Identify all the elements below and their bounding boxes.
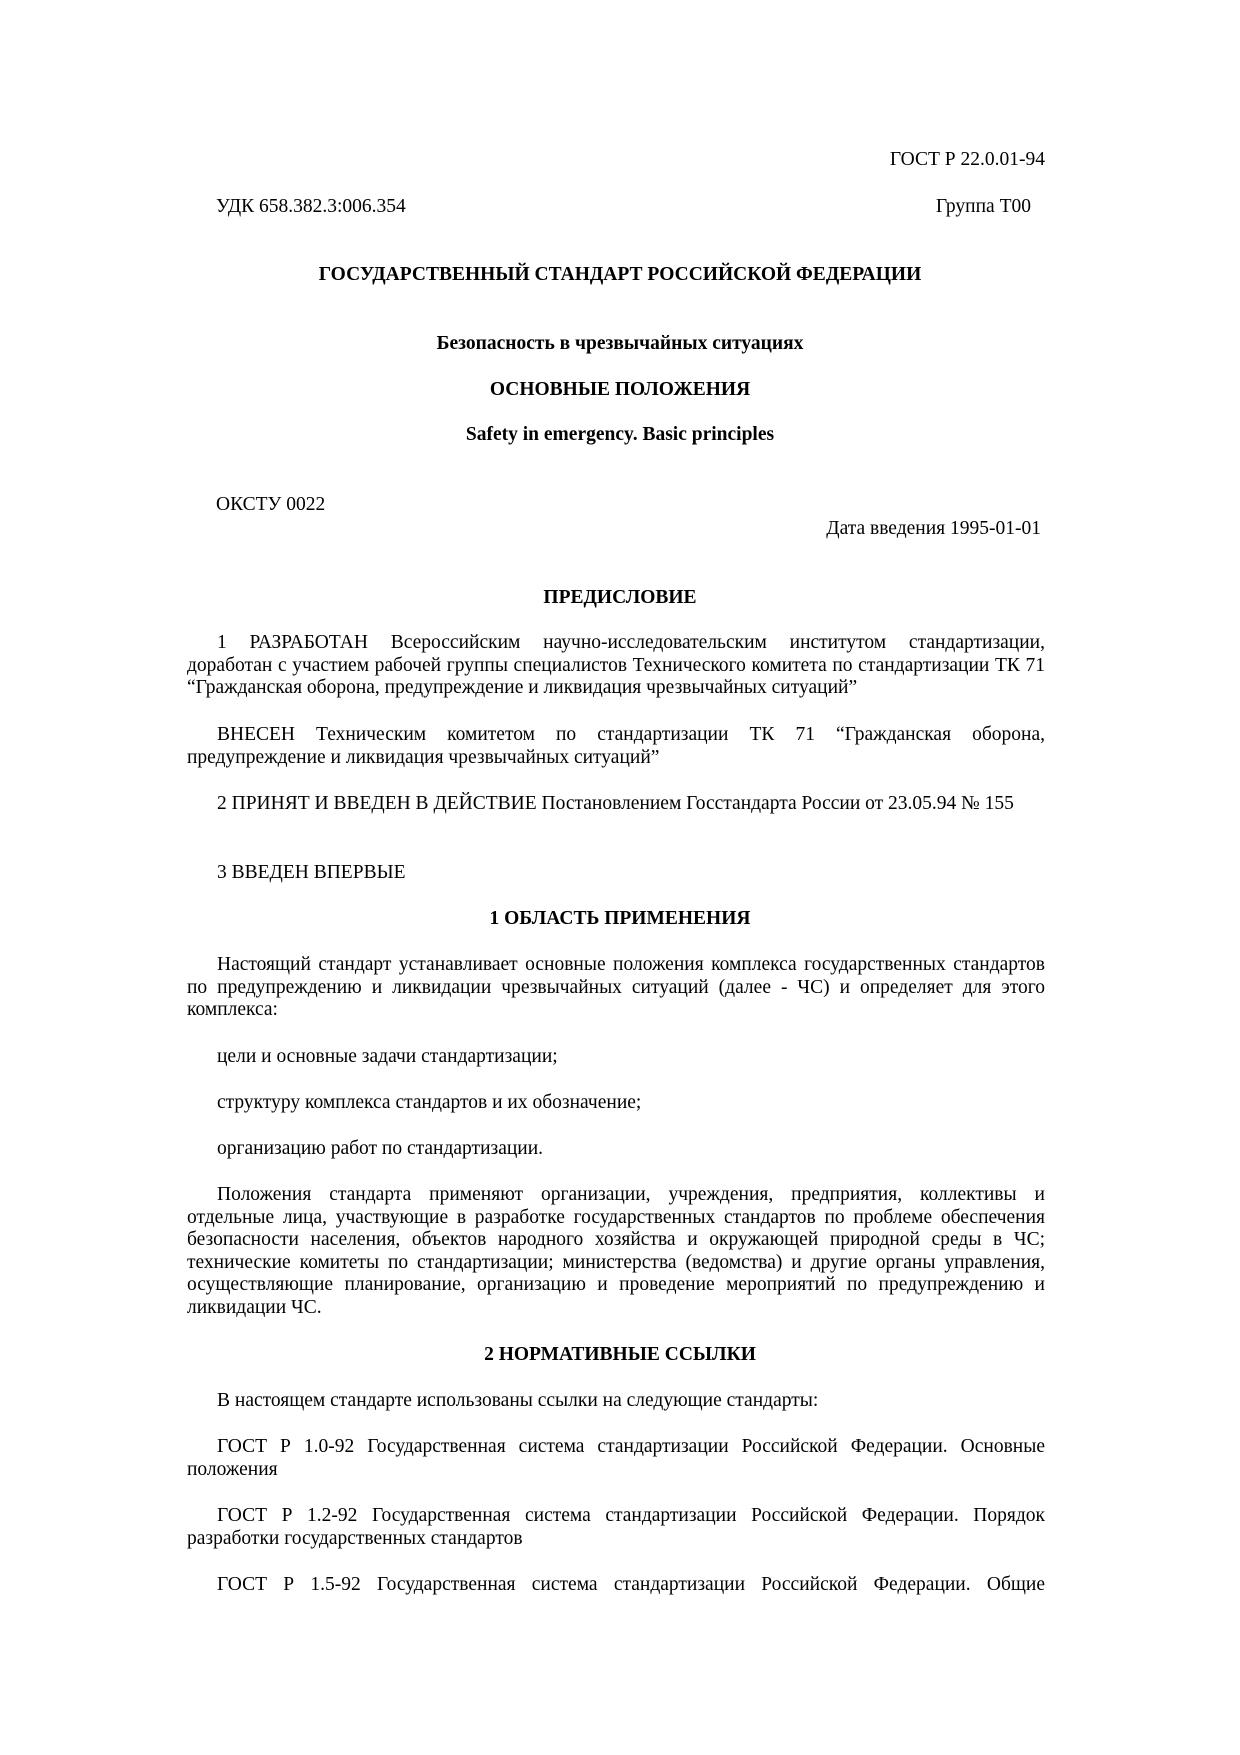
foreword-paragraph: ВНЕСЕН Техническим комитетом по стандарт… (187, 724, 1045, 769)
section-1-paragraph: Настоящий стандарт устанавливает основны… (187, 954, 1045, 1022)
reference-item: ГОСТ Р 1.5-92 Государственная система ст… (187, 1574, 1045, 1597)
document-name-en: Safety in emergency. Basic principles (0, 424, 1240, 447)
section-1-list-item: структуру комплекса стандартов и их обоз… (187, 1092, 1045, 1115)
foreword-heading: ПРЕДИСЛОВИЕ (0, 587, 1240, 610)
subject-title: Безопасность в чрезвычайных ситуациях (0, 333, 1240, 356)
foreword-paragraph: 2 ПРИНЯТ И ВВЕДЕН В ДЕЙСТВИЕ Постановлен… (187, 793, 1045, 816)
section-1-heading: 1 ОБЛАСТЬ ПРИМЕНЕНИЯ (0, 908, 1240, 931)
foreword-paragraph: 1 РАЗРАБОТАН Всероссийским научно-исслед… (187, 632, 1045, 700)
reference-item: ГОСТ Р 1.2-92 Государственная система ст… (187, 1505, 1045, 1550)
reference-item: ГОСТ Р 1.0-92 Государственная система ст… (187, 1436, 1045, 1481)
foreword-paragraph: 3 ВВЕДЕН ВПЕРВЫЕ (187, 862, 1045, 885)
section-2-paragraph: В настоящем стандарте использованы ссылк… (187, 1390, 1045, 1413)
group-code: Группа Т00 (936, 196, 1031, 219)
section-1-list-item: организацию работ по стандартизации. (187, 1138, 1045, 1161)
okstu-code: ОКСТУ 0022 (216, 494, 325, 517)
section-1-list-item: цели и основные задачи стандартизации; (187, 1046, 1045, 1069)
document-name: ОСНОВНЫЕ ПОЛОЖЕНИЯ (0, 379, 1240, 402)
standard-type-title: ГОСУДАРСТВЕННЫЙ СТАНДАРТ РОССИЙСКОЙ ФЕДЕ… (0, 264, 1240, 287)
section-1-paragraph: Положения стандарта применяют организаци… (187, 1184, 1045, 1319)
udk-code: УДК 658.382.3:006.354 (216, 196, 406, 219)
gost-number: ГОСТ Р 22.0.01-94 (890, 149, 1045, 172)
introduction-date: Дата введения 1995-01-01 (826, 518, 1041, 541)
section-2-heading: 2 НОРМАТИВНЫЕ ССЫЛКИ (0, 1344, 1240, 1367)
